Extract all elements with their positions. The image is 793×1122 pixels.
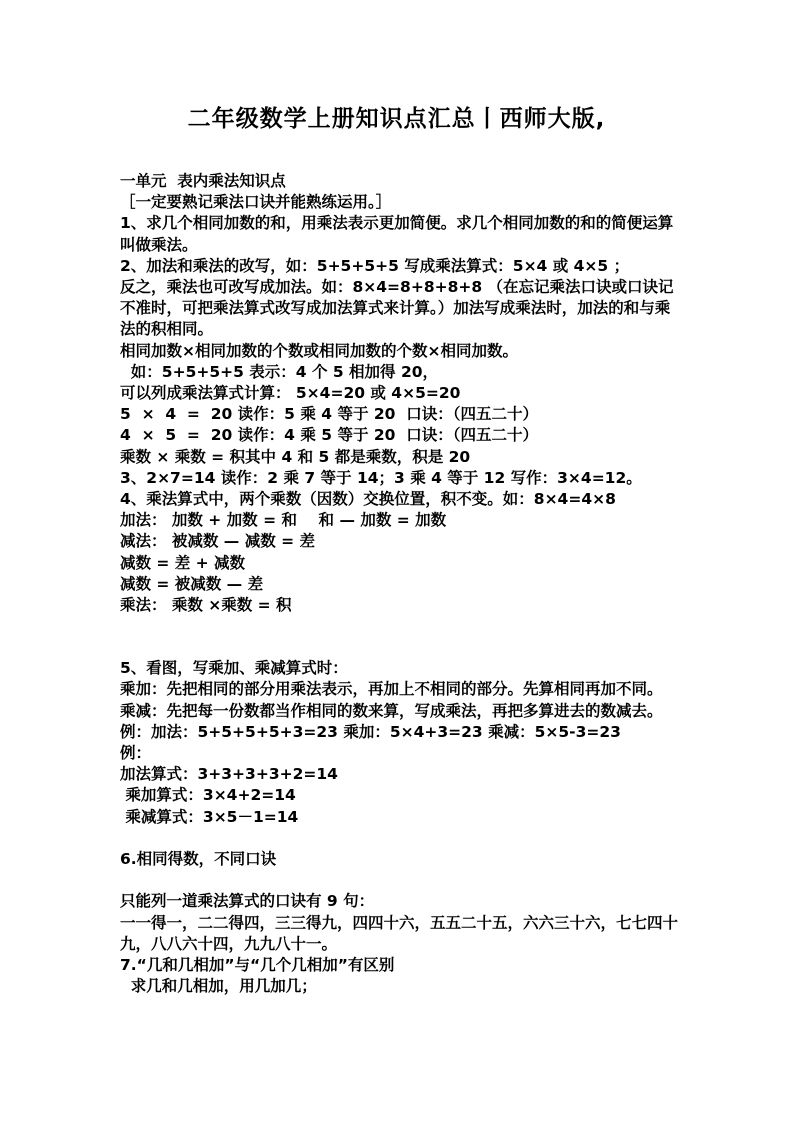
point-7-a: 求几和几相加，用几加几；	[120, 976, 685, 997]
unit-heading: 一单元 表内乘法知识点	[120, 171, 685, 192]
point-2-heading: 2、加法和乘法的改写，如：5+5+5+5 写成乘法算式：5×4 或 4×5 ；	[120, 256, 685, 277]
point-5-heading: 5、看图，写乘加、乘减算式时：	[120, 658, 685, 679]
point-3: 3、2×7=14 读作：2 乘 7 等于 14；3 乘 4 等于 12 写作：3…	[120, 468, 685, 489]
point-2-read-1: 5 × 4 = 20 读作：5 乘 4 等于 20 口诀：（四五二十）	[120, 404, 685, 425]
point-5-example-1: 例：加法：5+5+5+5+3=23 乘加：5×4+3=23 乘减：5×5-3=2…	[120, 722, 685, 743]
reminder-text: ［一定要熟记乘法口诀并能熟练运用。］	[120, 192, 685, 213]
document-body: 一单元 表内乘法知识点 ［一定要熟记乘法口诀并能熟练运用。］ 1、求几个相同加数…	[120, 171, 685, 997]
subtraction-rule-3: 减数 = 被减数 — 差	[120, 574, 685, 595]
point-5-multiply-add: 乘加：先把相同的部分用乘法表示，再加上不相同的部分。先算相同再加不同。	[120, 679, 685, 700]
point-2-terms: 乘数 × 乘数 = 积其中 4 和 5 都是乘数，积是 20	[120, 447, 685, 468]
point-5-example-mul-sub: 乘减算式：3×5－1=14	[120, 807, 685, 828]
point-5-example-label: 例：	[120, 743, 685, 764]
point-5-example-add: 加法算式：3+3+3+3+2=14	[120, 764, 685, 785]
point-2-body: 反之，乘法也可改写成加法。如：8×4=8+8+8+8 （在忘记乘法口诀或口诀记不…	[120, 277, 685, 341]
point-4: 4、乘法算式中，两个乘数（因数）交换位置，积不变。如：8×4=4×8	[120, 489, 685, 510]
multiplication-rule: 乘法： 乘数 ×乘数 = 积	[120, 595, 685, 616]
point-1: 1、求几个相同加数的和，用乘法表示更加简便。求几个相同加数的和的简便运算叫做乘法…	[120, 213, 685, 255]
point-6-intro: 只能列一道乘法算式的口诀有 9 句：	[120, 891, 685, 912]
point-2-calc: 可以列成乘法算式计算： 5×4=20 或 4×5=20	[120, 383, 685, 404]
point-2-example: 如：5+5+5+5 表示：4 个 5 相加得 20，	[120, 362, 685, 383]
subtraction-rule: 减法： 被减数 — 减数 = 差	[120, 531, 685, 552]
point-6-list: 一一得一，二二得四，三三得九，四四十六，五五二十五，六六三十六，七七四十九，八八…	[120, 913, 685, 955]
addition-rule: 加法： 加数 + 加数 = 和 和 — 加数 = 加数	[120, 510, 685, 531]
spacer	[120, 828, 685, 849]
point-5-example-mul-add: 乘加算式：3×4+2=14	[120, 785, 685, 806]
point-5-multiply-subtract: 乘减：先把每一份数都当作相同的数来算，写成乘法，再把多算进去的数减去。	[120, 701, 685, 722]
point-2-read-2: 4 × 5 = 20 读作：4 乘 5 等于 20 口诀：（四五二十）	[120, 425, 685, 446]
subtraction-rule-2: 减数 = 差 + 减数	[120, 553, 685, 574]
spacer	[120, 870, 685, 891]
document-title: 二年级数学上册知识点汇总丨西师大版,	[0, 100, 793, 133]
point-7-heading: 7.“几和几相加”与“几个几相加”有区别	[120, 955, 685, 976]
point-6-heading: 6.相同得数，不同口诀	[120, 849, 685, 870]
point-2-formula: 相同加数×相同加数的个数或相同加数的个数×相同加数。	[120, 341, 685, 362]
spacer	[120, 616, 685, 658]
